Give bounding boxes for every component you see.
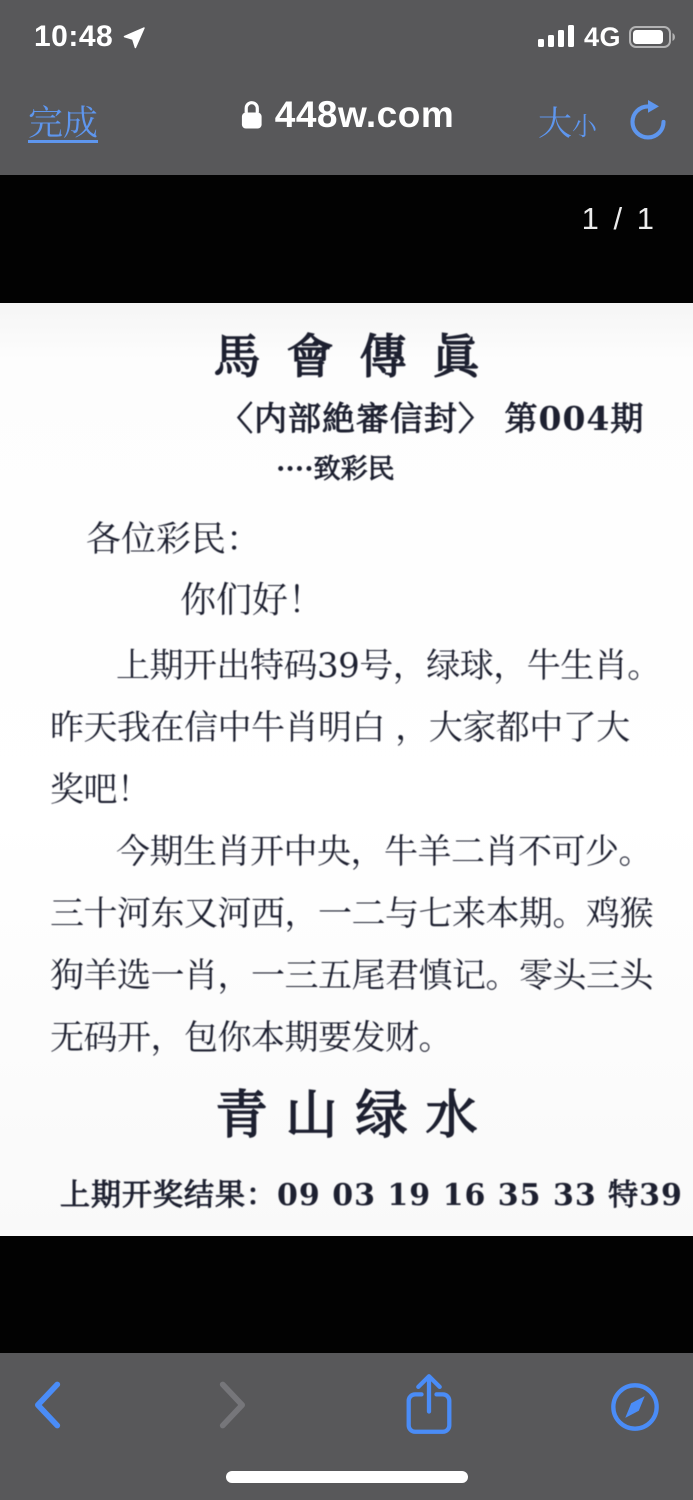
back-button[interactable] — [32, 1381, 62, 1429]
page-indicator: 1 / 1 — [582, 201, 657, 237]
body-line: 三十河东又河西，一二与七来本期。鸡猴 — [50, 883, 693, 945]
text-size-button[interactable]: 大小 — [538, 96, 597, 145]
compass-icon — [609, 1381, 661, 1433]
open-in-safari-button[interactable] — [609, 1381, 661, 1433]
nav-bar-right-cluster: 大小 — [538, 96, 669, 145]
body-line: 狗羊选一肖，一三五尾君慎记。零头三头 — [50, 945, 693, 1007]
location-arrow-icon — [122, 26, 146, 50]
document-signature: 青山绿水 — [0, 1083, 693, 1148]
text-size-small-glyph: 小 — [572, 107, 597, 143]
lock-icon — [239, 99, 264, 131]
document-subtitle: 〈内部絶審信封〉 第004期 — [220, 398, 693, 441]
share-button[interactable] — [405, 1373, 453, 1435]
viewer-letterbox-bottom — [0, 1236, 693, 1353]
document-dedication: ····致彩民 — [276, 447, 693, 486]
document-body: 上期开出特码39号，绿球，牛生肖。 昨天我在信中牛肖明白 ，大家都中了大 奖吧！… — [50, 635, 693, 1069]
browser-nav-bar: 完成 448w.com 大小 — [0, 88, 693, 152]
home-indicator[interactable] — [226, 1471, 468, 1483]
clock-time: 10:48 — [34, 20, 113, 54]
reload-button[interactable] — [627, 99, 669, 143]
body-line: 无码开，包你本期要发财。 — [50, 1007, 693, 1069]
viewer-letterbox-top: 1 / 1 — [0, 175, 693, 303]
document-greeting: 你们好！ — [180, 572, 693, 623]
forward-button[interactable] — [218, 1381, 248, 1429]
body-line: 奖吧！ — [50, 759, 693, 821]
body-line: 昨天我在信中牛肖明白 ，大家都中了大 — [50, 697, 693, 759]
document-salutation: 各位彩民： — [86, 512, 693, 562]
network-type-label: 4G — [584, 22, 621, 53]
body-line: 今期生肖开中央，牛羊二肖不可少。 — [50, 821, 693, 883]
reload-icon — [627, 99, 669, 143]
share-icon — [405, 1373, 453, 1435]
fax-document: 馬會傳眞 〈内部絶審信封〉 第004期 ····致彩民 各位彩民： 你们好！ 上… — [0, 303, 693, 1236]
chevron-left-icon — [32, 1381, 62, 1429]
status-bar: 10:48 4G — [0, 16, 693, 58]
body-line: 上期开出特码39号，绿球，牛生肖。 — [50, 635, 693, 697]
status-right-cluster: 4G — [538, 22, 677, 53]
chevron-right-icon — [218, 1381, 248, 1429]
url-text: 448w.com — [275, 94, 455, 136]
text-size-large-glyph: 大 — [538, 96, 572, 145]
document-title: 馬會傳眞 — [0, 329, 693, 388]
fax-document-content: 馬會傳眞 〈内部絶審信封〉 第004期 ····致彩民 各位彩民： 你们好！ 上… — [0, 329, 693, 1214]
cellular-signal-icon — [538, 25, 576, 49]
done-button[interactable]: 完成 — [28, 96, 98, 146]
address-field[interactable]: 448w.com — [239, 94, 455, 136]
top-chrome-bar: 10:48 4G 完成 448w.com — [0, 0, 693, 175]
battery-icon — [629, 25, 677, 49]
previous-draw-result: 上期开奖结果：09 03 19 16 35 33 特39 — [60, 1170, 693, 1214]
